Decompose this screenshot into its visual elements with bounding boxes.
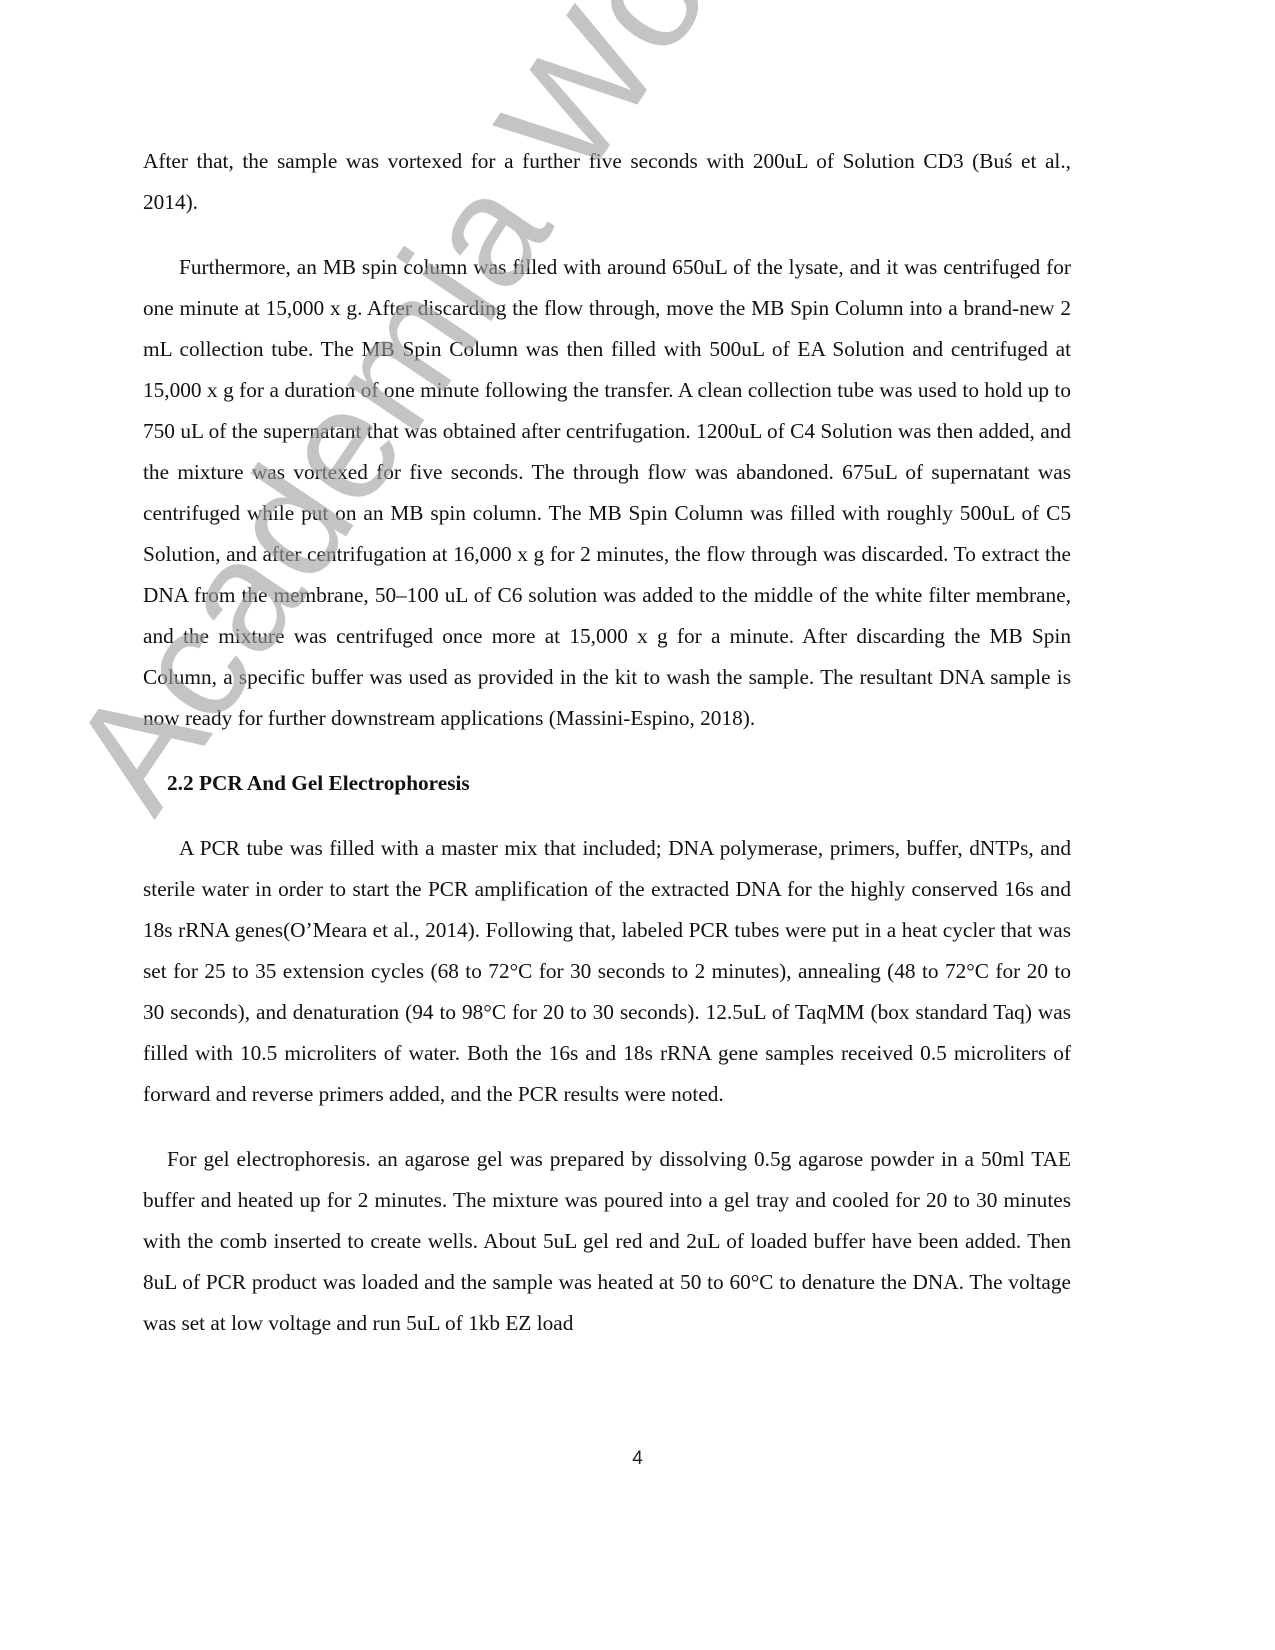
document-page: After that, the sample was vortexed for … xyxy=(0,0,1275,1650)
section-heading: 2.2 PCR And Gel Electrophoresis xyxy=(167,763,1071,804)
paragraph-mb-spin-column: Furthermore, an MB spin column was fille… xyxy=(143,247,1071,739)
paragraph-gel-electrophoresis: For gel electrophoresis. an agarose gel … xyxy=(143,1139,1071,1344)
page-body: After that, the sample was vortexed for … xyxy=(143,141,1071,1344)
page-number: 4 xyxy=(0,1448,1275,1470)
paragraph-pcr: A PCR tube was filled with a master mix … xyxy=(143,828,1071,1115)
paragraph-solution-cd3: After that, the sample was vortexed for … xyxy=(143,141,1071,223)
